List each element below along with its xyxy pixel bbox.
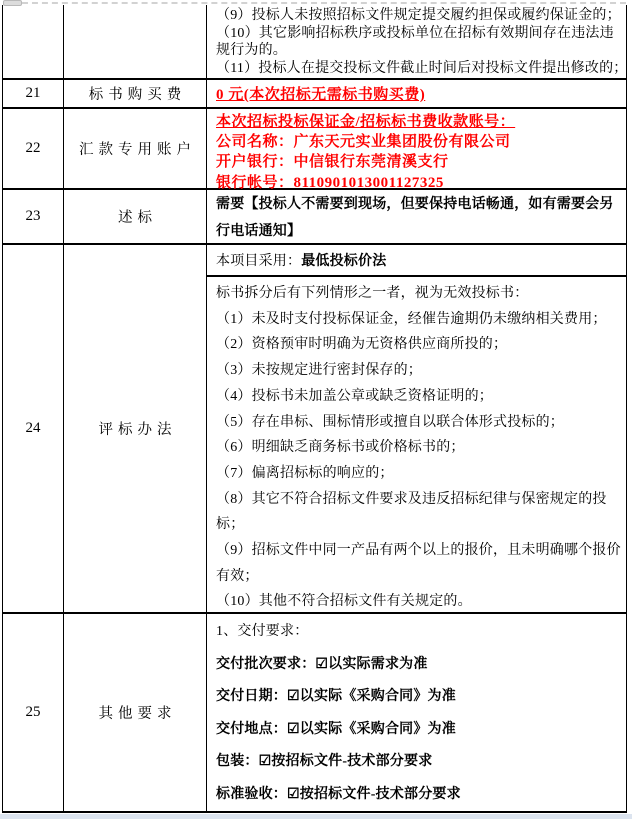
row-label-cell — [64, 5, 207, 78]
delivery-requirements-intro: 1、交付要求： — [216, 616, 624, 649]
content-line: 行电话通知】 — [216, 218, 624, 245]
account-heading: 本次招标投标保证金/招标标书费收款账号： — [216, 112, 624, 132]
delivery-place-line: 交付地点：☑以实际《采购合同》为准 — [216, 714, 624, 747]
content-line: （6）明细缺乏商务标书或价格标书的； — [216, 435, 624, 461]
content-line: （7）偏离招标标的响应的； — [216, 461, 624, 487]
row-content-cell: 本次招标投标保证金/招标标书费收款账号： 公司名称：广东天元实业集团股份有限公司… — [207, 109, 626, 188]
delivery-date-line: 交付日期：☑以实际《采购合同》为准 — [216, 681, 624, 714]
row-label: 其他要求 — [64, 614, 207, 811]
delivery-batch-line: 交付批次要求：☑以实际需求为准 — [216, 649, 624, 682]
content-line: （10）其他不符合招标文件有关规定的。 — [216, 589, 624, 615]
content-line: 需要【投标人不需要到现场，但要保持电话畅通，如有需要会另 — [216, 191, 624, 218]
content-line: （9）招标文件中同一产品有两个以上的报价，且未明确哪个报价 — [216, 538, 624, 564]
content-line: 有效； — [216, 564, 624, 590]
content-line: （3）未按规定进行密封保存的； — [216, 358, 624, 384]
method-name: 最低投标价法 — [301, 250, 386, 270]
row-number-cell — [3, 5, 64, 78]
row-number: 25 — [3, 614, 64, 811]
document-page: （9）投标人未按照招标文件规定提交履约担保或履约保证金的； （10）其它影响招标… — [0, 0, 632, 819]
content-line: 标； — [216, 512, 624, 538]
content-line: 规行为的。 — [216, 42, 624, 60]
content-line: （11）投标人在提交投标文件截止时间后对投标文件提出修改的； — [216, 60, 624, 78]
content-line: （10）其它影响招标秩序或投标单位在招标有效期间存在违法违 — [216, 25, 624, 43]
content-line: （2）资格预审时明确为无资格供应商所投的； — [216, 332, 624, 358]
evaluation-method-line: 本项目采用：最低投标价法 — [207, 245, 626, 275]
tender-info-table: （9）投标人未按照招标文件规定提交履约担保或履约保证金的； （10）其它影响招标… — [2, 5, 627, 813]
table-row-21: 21 标书购买费 0 元(本次招标无需标书购买费) — [3, 78, 626, 107]
invalid-bid-conditions: 标书拆分后有下列情形之一者，视为无效投标书： （1）未及时支付投标保证金，经催告… — [207, 275, 626, 615]
book-fee-value: 0 元(本次招标无需标书购买费) — [216, 83, 425, 104]
acceptance-standard-line: 标准验收：☑按招标文件-技术部分要求 — [216, 779, 624, 812]
row-number: 24 — [3, 245, 64, 612]
row-content-cell: （9）投标人未按照招标文件规定提交履约担保或履约保证金的； （10）其它影响招标… — [207, 5, 626, 78]
row-content-cell: 本项目采用：最低投标价法 标书拆分后有下列情形之一者，视为无效投标书： （1）未… — [207, 245, 626, 612]
content-line: （4）投标书未加盖公章或缺乏资格证明的； — [216, 384, 624, 410]
row-label: 述标 — [64, 190, 207, 243]
content-line: （1）未及时支付投标保证金，经催告逾期仍未缴纳相关费用； — [216, 307, 624, 333]
row-content-cell: 0 元(本次招标无需标书购买费) — [207, 80, 626, 107]
content-line: （9）投标人未按照招标文件规定提交履约担保或履约保证金的； — [216, 7, 624, 25]
row-number: 21 — [3, 80, 64, 107]
row-label: 评标办法 — [64, 245, 207, 612]
row-content-cell: 1、交付要求： 交付批次要求：☑以实际需求为准 交付日期：☑以实际《采购合同》为… — [207, 614, 626, 811]
table-row-22: 22 汇款专用账户 本次招标投标保证金/招标标书费收款账号： 公司名称：广东天元… — [3, 107, 626, 188]
row-label: 汇款专用账户 — [64, 109, 207, 188]
bank-name: 开户银行：中信银行东莞清溪支行 — [216, 152, 624, 172]
page-break-dashed-line — [22, 2, 626, 4]
row-number: 22 — [3, 109, 64, 188]
row-content-cell: 需要【投标人不需要到现场，但要保持电话畅通，如有需要会另 行电话通知】 — [207, 190, 626, 243]
content-line: （8）其它不符合招标文件要求及违反招标纪律与保密规定的投 — [216, 487, 624, 513]
table-row-continuation: （9）投标人未按照招标文件规定提交履约担保或履约保证金的； （10）其它影响招标… — [3, 5, 626, 78]
table-row-23: 23 述标 需要【投标人不需要到现场，但要保持电话畅通，如有需要会另 行电话通知… — [3, 188, 626, 243]
company-name: 公司名称：广东天元实业集团股份有限公司 — [216, 132, 624, 152]
row-label: 标书购买费 — [64, 80, 207, 107]
method-prefix: 本项目采用： — [216, 250, 301, 270]
content-line: 标书拆分后有下列情形之一者，视为无效投标书： — [216, 281, 624, 307]
packaging-line: 包装：☑按招标文件-技术部分要求 — [216, 746, 624, 779]
page-edge-strip — [0, 814, 632, 819]
content-line: （5）存在串标、围标情形或擅自以联合体形式投标的； — [216, 410, 624, 436]
table-row-25: 25 其他要求 1、交付要求： 交付批次要求：☑以实际需求为准 交付日期：☑以实… — [3, 612, 626, 811]
table-row-24: 24 评标办法 本项目采用：最低投标价法 标书拆分后有下列情形之一者，视为无效投… — [3, 243, 626, 612]
row-number: 23 — [3, 190, 64, 243]
